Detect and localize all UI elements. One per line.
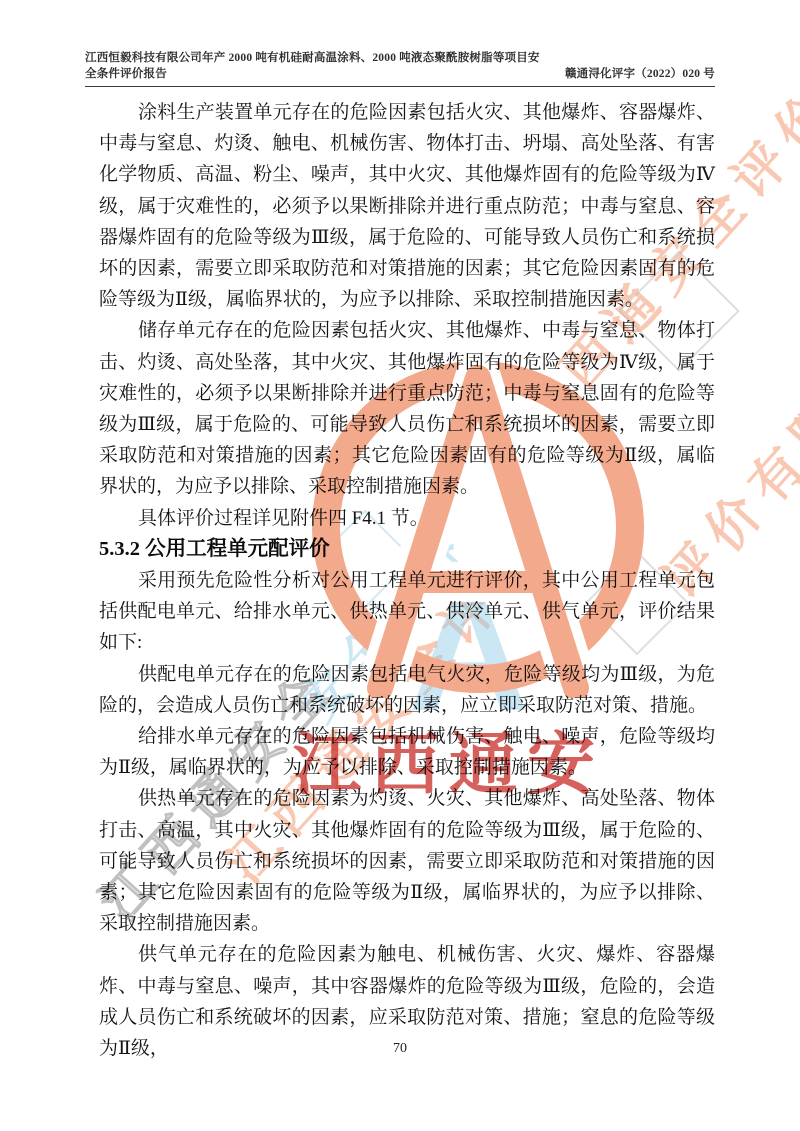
page-header: 江西恒毅科技有限公司年产 2000 吨有机硅耐高温涂料、2000 吨液态聚酰胺树…: [85, 49, 715, 87]
body-paragraph: 具体评价过程详见附件四 F4.1 节。: [99, 503, 715, 534]
body-paragraph: 采用预先危险性分析对公用工程单元进行评价，其中公用工程单元包括供配电单元、给排水…: [99, 565, 715, 659]
report-page: 江西通安全 江西通安全评 西通安全评价有限公司 评价有限公司 安全评价 A 江西…: [0, 0, 800, 1131]
body-paragraph: 涂料生产装置单元存在的危险因素包括火灾、其他爆炸、容器爆炸、中毒与窒息、灼烫、触…: [99, 97, 715, 315]
page-number: 70: [0, 1041, 800, 1057]
body-paragraph: 给排水单元存在的危险因素包括机械伤害、触电、噪声，危险等级均为Ⅱ级，属临界状的，…: [99, 721, 715, 783]
body-paragraph: 供热单元存在的危险因素为灼烫、火灾、其他爆炸、高处坠落、物体打击、高温，其中火灾…: [99, 783, 715, 939]
body-paragraph: 储存单元存在的危险因素包括火灾、其他爆炸、中毒与窒息、物体打击、灼烫、高处坠落，…: [99, 315, 715, 502]
body-paragraph: 供配电单元存在的危险因素包括电气火灾，危险等级均为Ⅲ级，为危险的，会造成人员伤亡…: [99, 659, 715, 721]
section-heading: 5.3.2 公用工程单元配评价: [99, 534, 715, 565]
header-report-title: 江西恒毅科技有限公司年产 2000 吨有机硅耐高温涂料、2000 吨液态聚酰胺树…: [85, 49, 551, 81]
header-document-number: 赣通浔化评字（2022）020 号: [565, 65, 715, 81]
document-body: 涂料生产装置单元存在的危险因素包括火灾、其他爆炸、容器爆炸、中毒与窒息、灼烫、触…: [99, 97, 715, 1064]
